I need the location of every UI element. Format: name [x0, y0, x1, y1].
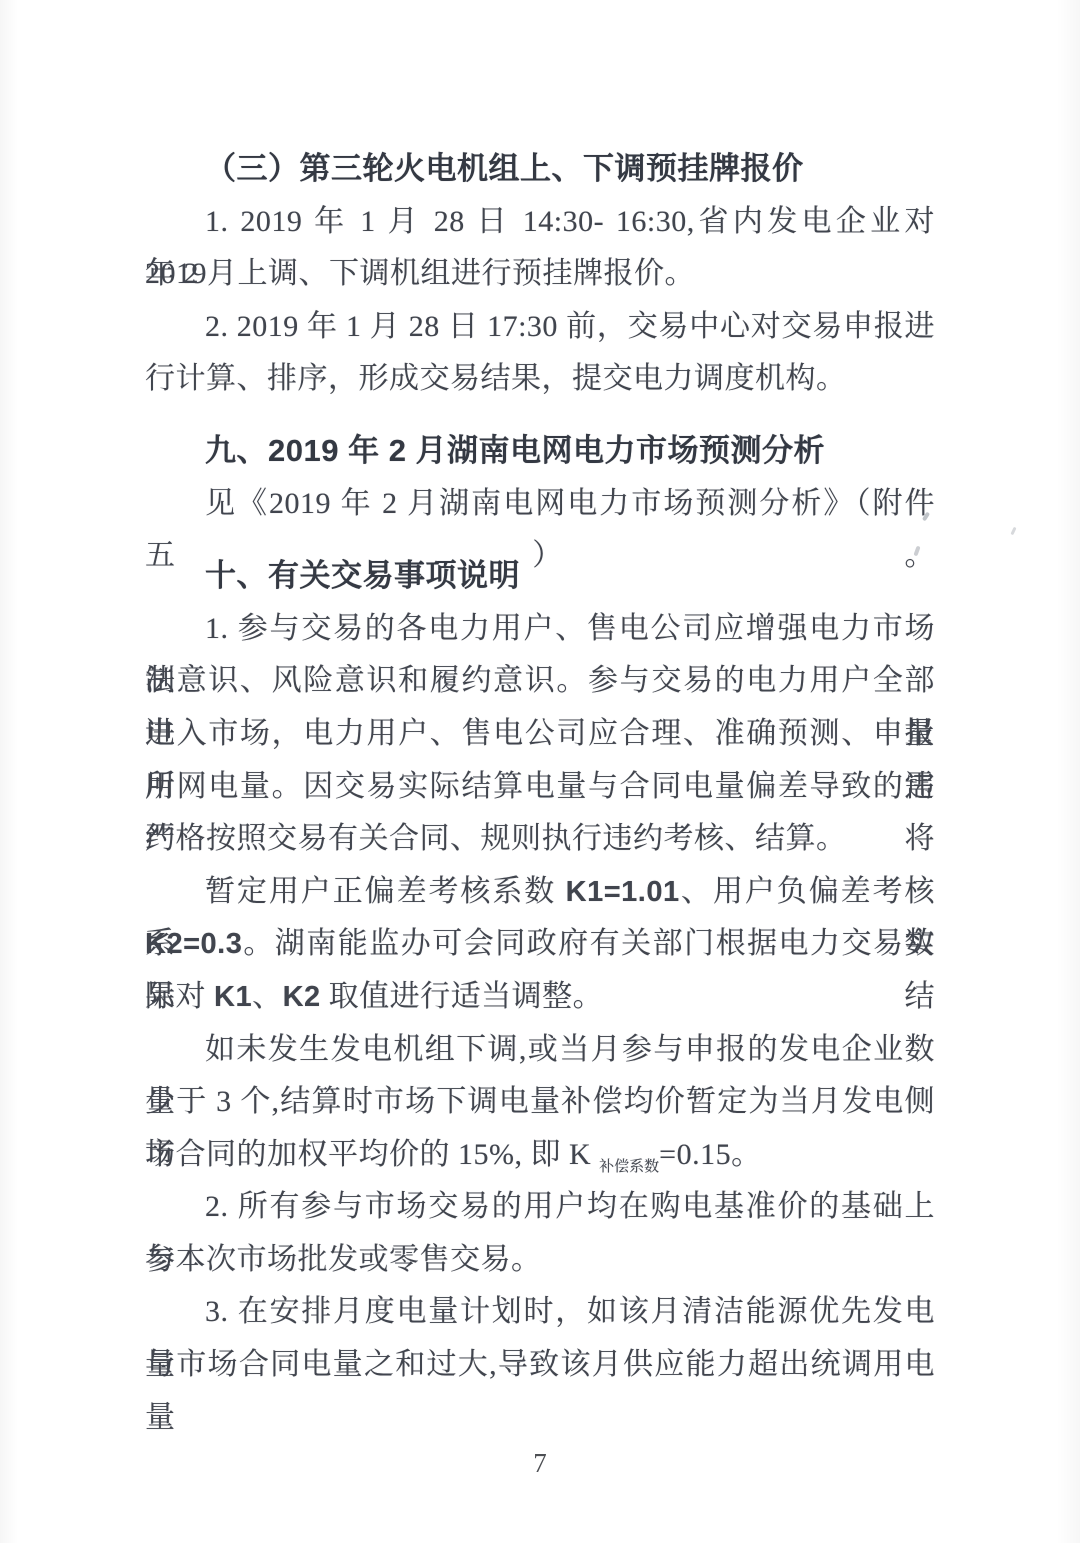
- paragraph-line: 行计算、排序，形成交易结果，提交电力调度机构。: [145, 353, 935, 406]
- paragraph-line: 3. 在安排月度电量计划时，如该月清洁能源优先发电量: [145, 1286, 935, 1339]
- scanned-document-page: （三）第三轮火电机组上、下调预挂牌报价 1. 2019 年 1 月 28 日 1…: [0, 0, 1080, 1543]
- paragraph-line: 与本次市场批发或零售交易。: [145, 1234, 935, 1287]
- text-run: =0.15。: [659, 1138, 761, 1171]
- text-run: 取值进行适当调整。: [321, 980, 604, 1013]
- coefficient-k1-value: K1=1.01: [566, 876, 680, 908]
- text-run: 、: [252, 980, 283, 1013]
- document-body: （三）第三轮火电机组上、下调预挂牌报价 1. 2019 年 1 月 28 日 1…: [145, 143, 935, 1392]
- coefficient-k2-ref: K2: [283, 981, 321, 1013]
- paragraph-line: 严格按照交易有关合同、规则执行违约考核、结算。: [145, 813, 935, 866]
- paragraph-line: 2. 所有参与市场交易的用户均在购电基准价的基础上参: [145, 1181, 935, 1234]
- paragraph-line: 见《2019 年 2 月湖南电网电力市场预测分析》（附件五）。: [145, 478, 935, 531]
- paragraph-line: 用网电量。因交易实际结算电量与合同电量偏差导致的违约将: [145, 761, 935, 814]
- section-heading-3: （三）第三轮火电机组上、下调预挂牌报价: [145, 143, 935, 196]
- paragraph-line: 少于 3 个,结算时市场下调电量补偿均价暂定为当月发电侧市: [145, 1076, 935, 1129]
- paragraph-line: 制意识、风险意识和履约意识。参与交易的电力用户全部电量: [145, 655, 935, 708]
- text-run: 果对: [145, 980, 214, 1013]
- k-subscript-label: 补偿系数: [599, 1159, 659, 1175]
- paragraph-line: 与市场合同电量之和过大,导致该月供应能力超出统调用电量: [145, 1339, 935, 1392]
- paragraph-line-k1: 暂定用户正偏差考核系数 K1=1.01、用户负偏差考核系数: [145, 866, 935, 919]
- paragraph-line: 进入市场，电力用户、售电公司应合理、准确预测、申报所需: [145, 708, 935, 761]
- paragraph-line: 2. 2019 年 1 月 28 日 17:30 前，交易中心对交易申报进: [145, 301, 935, 354]
- page-number: 7: [0, 1448, 1080, 1479]
- paragraph-line: 如未发生发电机组下调,或当月参与申报的发电企业数量: [145, 1024, 935, 1077]
- paragraph-line: 年 2 月上调、下调机组进行预挂牌报价。: [145, 248, 935, 301]
- text-run: 暂定用户正偏差考核系数: [205, 875, 566, 908]
- paragraph-line: 1. 参与交易的各电力用户、售电公司应增强电力市场法: [145, 603, 935, 656]
- section-heading-9: 九、2019 年 2 月湖南电网电力市场预测分析: [145, 425, 935, 478]
- paragraph-line-compensation: 场合同的加权平均价的 15%, 即 K 补偿系数=0.15。: [145, 1129, 935, 1182]
- scan-artifact-speck: [1010, 527, 1016, 536]
- paragraph-line-k2: K2=0.3。湖南能监办可会同政府有关部门根据电力交易实际结: [145, 918, 935, 971]
- text-run: 场合同的加权平均价的 15%, 即 K: [145, 1138, 599, 1171]
- coefficient-k1-ref: K1: [214, 981, 252, 1013]
- coefficient-k2-value: K2=0.3: [145, 928, 242, 960]
- paragraph-line: 1. 2019 年 1 月 28 日 14:30- 16:30,省内发电企业对 …: [145, 196, 935, 249]
